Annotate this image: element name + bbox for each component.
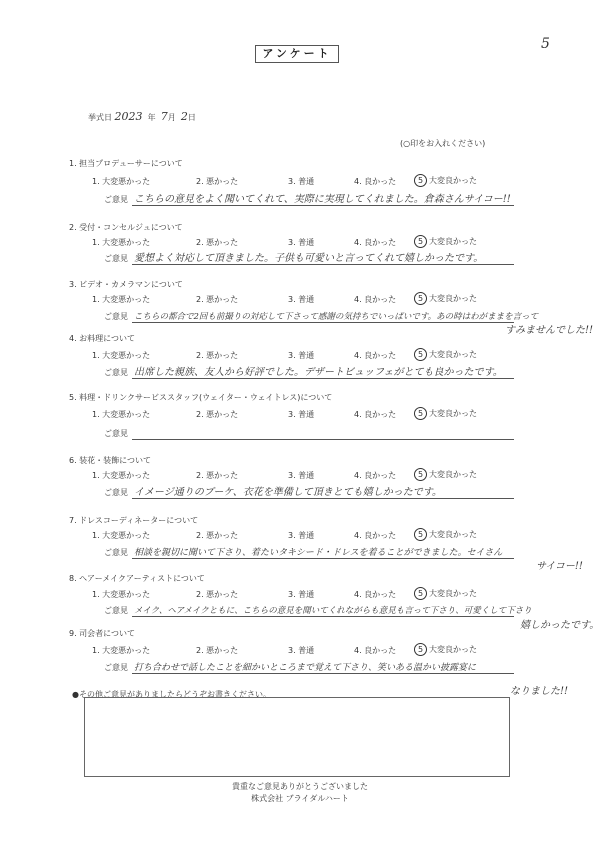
opinion-label: ご意見 <box>104 367 128 378</box>
option-5-selected[interactable]: 5大変良かった <box>414 348 477 361</box>
opinion-line <box>132 264 514 265</box>
option-3[interactable]: 3. 普通 <box>288 237 314 248</box>
date-year[interactable]: 2023 <box>115 110 143 123</box>
question-8-opinion[interactable]: ご意見 メイク、ヘアメイクともに、こちらの意見を聞いてくれながらも意見も言って下… <box>104 604 514 618</box>
option-4[interactable]: 4. 良かった <box>354 176 396 187</box>
question-6-rating: 1. 大変悪かった 2. 悪かった 3. 普通 4. 良かった 5大変良かった <box>92 470 512 482</box>
option-3[interactable]: 3. 普通 <box>288 645 314 656</box>
option-3[interactable]: 3. 普通 <box>288 409 314 420</box>
option-2[interactable]: 2. 悪かった <box>196 350 238 361</box>
option-1[interactable]: 1. 大変悪かった <box>92 350 150 361</box>
question-7-opinion[interactable]: ご意見 相談を親切に聞いて下さり、着たいタキシード・ドレスを着ることができました… <box>104 546 514 560</box>
opinion-line <box>132 322 514 323</box>
option-2[interactable]: 2. 悪かった <box>196 470 238 481</box>
opinion-label: ご意見 <box>104 194 128 205</box>
option-4[interactable]: 4. 良かった <box>354 237 396 248</box>
option-5-selected[interactable]: 5大変良かった <box>414 587 477 600</box>
option-5-selected[interactable]: 5大変良かった <box>414 174 477 187</box>
opinion-text: メイク、ヘアメイクともに、こちらの意見を聞いてくれながらも意見も言って下さり、可… <box>134 604 532 616</box>
opinion-label: ご意見 <box>104 605 128 616</box>
option-4[interactable]: 4. 良かった <box>354 589 396 600</box>
day-unit: 日 <box>188 113 196 122</box>
option-1[interactable]: 1. 大変悪かった <box>92 237 150 248</box>
opinion-text: 愛想よく対応して頂きました。子供も可愛いと言ってくれて嬉しかったです。 <box>134 249 483 264</box>
question-9-title: 9. 司会者について <box>69 628 135 639</box>
option-4[interactable]: 4. 良かった <box>354 409 396 420</box>
selected-circle: 5 <box>414 235 427 248</box>
date-day[interactable]: 2 <box>181 110 188 123</box>
question-2-rating: 1. 大変悪かった 2. 悪かった 3. 普通 4. 良かった 5大変良かった <box>92 237 512 249</box>
option-2[interactable]: 2. 悪かった <box>196 176 238 187</box>
question-3-opinion[interactable]: ご意見 こちらの都合で2回も前撮りの対応して下さって感謝の気持ちでいっぱいです。… <box>104 310 514 324</box>
option-5-selected[interactable]: 5大変良かった <box>414 235 477 248</box>
question-1-opinion[interactable]: ご意見 こちらの意見をよく聞いてくれて、実際に実現してくれました。倉森さんサイコ… <box>104 193 514 207</box>
question-8-opinion-overflow: 嬉しかったです。 <box>520 616 599 631</box>
opinion-text: こちらの意見をよく聞いてくれて、実際に実現してくれました。倉森さんサイコー!! <box>134 190 511 205</box>
question-7-rating: 1. 大変悪かった 2. 悪かった 3. 普通 4. 良かった 5大変良かった <box>92 530 512 542</box>
question-5-opinion[interactable]: ご意見 <box>104 427 514 441</box>
opinion-line <box>132 439 514 440</box>
footer-company: 株式会社 ブライダルハート <box>0 793 600 804</box>
opinion-line <box>132 205 514 206</box>
opinion-text: こちらの都合で2回も前撮りの対応して下さって感謝の気持ちでいっぱいです。あの時は… <box>134 310 538 322</box>
opinion-label: ご意見 <box>104 662 128 673</box>
opinion-label: ご意見 <box>104 428 128 439</box>
question-8-rating: 1. 大変悪かった 2. 悪かった 3. 普通 4. 良かった 5大変良かった <box>92 589 512 601</box>
question-7-opinion-overflow: サイコー!! <box>536 557 583 572</box>
option-1[interactable]: 1. 大変悪かった <box>92 589 150 600</box>
question-4-rating: 1. 大変悪かった 2. 悪かった 3. 普通 4. 良かった 5大変良かった <box>92 350 512 362</box>
opinion-line <box>132 498 514 499</box>
option-3[interactable]: 3. 普通 <box>288 589 314 600</box>
instruction-text: (○印をお入れください) <box>400 138 485 149</box>
ceremony-date: 挙式日 2023 年 7月 2日 <box>88 110 196 123</box>
option-1[interactable]: 1. 大変悪かった <box>92 176 150 187</box>
opinion-line <box>132 616 514 617</box>
option-2[interactable]: 2. 悪かった <box>196 530 238 541</box>
option-4[interactable]: 4. 良かった <box>354 645 396 656</box>
question-6-opinion[interactable]: ご意見 イメージ通りのブーケ、衣花を準備して頂きとても嬉しかったです。 <box>104 486 514 500</box>
selected-circle: 5 <box>414 528 427 541</box>
option-1[interactable]: 1. 大変悪かった <box>92 470 150 481</box>
question-1-title: 1. 担当プロデューサーについて <box>69 158 183 169</box>
option-5-selected[interactable]: 5大変良かった <box>414 643 477 656</box>
question-9-opinion-overflow: なりました!! <box>510 682 568 697</box>
question-5-title: 5. 料理・ドリンクサービススタッフ(ウェイター・ウェイトレス)について <box>69 392 332 403</box>
question-6-title: 6. 装花・装飾について <box>69 455 151 466</box>
selected-circle: 5 <box>414 407 427 420</box>
option-4[interactable]: 4. 良かった <box>354 350 396 361</box>
footer-thanks: 貴重なご意見ありがとうございました <box>0 781 600 792</box>
option-1[interactable]: 1. 大変悪かった <box>92 645 150 656</box>
question-2-opinion[interactable]: ご意見 愛想よく対応して頂きました。子供も可愛いと言ってくれて嬉しかったです。 <box>104 252 514 266</box>
option-2[interactable]: 2. 悪かった <box>196 294 238 305</box>
opinion-label: ご意見 <box>104 487 128 498</box>
survey-title: アンケート <box>255 45 339 63</box>
opinion-line <box>132 378 514 379</box>
opinion-text: イメージ通りのブーケ、衣花を準備して頂きとても嬉しかったです。 <box>134 483 442 498</box>
month-unit: 月 <box>168 113 176 122</box>
option-4[interactable]: 4. 良かった <box>354 294 396 305</box>
page-number: 5 <box>541 36 550 52</box>
option-3[interactable]: 3. 普通 <box>288 530 314 541</box>
option-2[interactable]: 2. 悪かった <box>196 237 238 248</box>
option-4[interactable]: 4. 良かった <box>354 470 396 481</box>
question-9-rating: 1. 大変悪かった 2. 悪かった 3. 普通 4. 良かった 5大変良かった <box>92 645 512 657</box>
selected-circle: 5 <box>414 348 427 361</box>
question-9-opinion[interactable]: ご意見 打ち合わせで話したことを細かいところまで覚えて下さり、笑いある温かい披露… <box>104 661 514 675</box>
opinion-line <box>132 673 514 674</box>
opinion-label: ご意見 <box>104 311 128 322</box>
option-1[interactable]: 1. 大変悪かった <box>92 530 150 541</box>
question-3-opinion-overflow: すみませんでした!! <box>505 321 593 336</box>
selected-circle: 5 <box>414 643 427 656</box>
opinion-label: ご意見 <box>104 547 128 558</box>
question-5-rating: 1. 大変悪かった 2. 悪かった 3. 普通 4. 良かった 5大変良かった <box>92 409 512 421</box>
option-5-selected[interactable]: 5大変良かった <box>414 407 477 420</box>
option-5-selected[interactable]: 5大変良かった <box>414 292 477 305</box>
other-comments-box[interactable] <box>84 697 510 777</box>
option-1[interactable]: 1. 大変悪かった <box>92 409 150 420</box>
opinion-text: 打ち合わせで話したことを細かいところまで覚えて下さり、笑いある温かい披露宴に <box>134 660 476 673</box>
question-4-title: 4. お料理について <box>69 333 135 344</box>
option-2[interactable]: 2. 悪かった <box>196 645 238 656</box>
option-3[interactable]: 3. 普通 <box>288 294 314 305</box>
option-5-selected[interactable]: 5大変良かった <box>414 468 477 481</box>
date-month[interactable]: 7 <box>161 110 168 123</box>
question-7-title: 7. ドレスコーディネーターについて <box>69 515 198 526</box>
question-4-opinion[interactable]: ご意見 出席した親族、友人から好評でした。デザートビュッフェがとても良かったです… <box>104 366 514 380</box>
date-label: 挙式日 <box>88 113 112 122</box>
opinion-text: 相談を親切に聞いて下さり、着たいタキシード・ドレスを着ることができました。セイさ… <box>134 545 502 558</box>
selected-circle: 5 <box>414 587 427 600</box>
year-unit: 年 <box>148 113 156 122</box>
opinion-label: ご意見 <box>104 253 128 264</box>
option-3[interactable]: 3. 普通 <box>288 470 314 481</box>
option-2[interactable]: 2. 悪かった <box>196 409 238 420</box>
option-5-selected[interactable]: 5大変良かった <box>414 528 477 541</box>
question-3-title: 3. ビデオ・カメラマンについて <box>69 279 183 290</box>
option-4[interactable]: 4. 良かった <box>354 530 396 541</box>
selected-circle: 5 <box>414 468 427 481</box>
question-3-rating: 1. 大変悪かった 2. 悪かった 3. 普通 4. 良かった 5大変良かった <box>92 294 512 306</box>
opinion-line <box>132 558 514 559</box>
selected-circle: 5 <box>414 174 427 187</box>
opinion-text: 出席した親族、友人から好評でした。デザートビュッフェがとても良かったです。 <box>134 363 503 378</box>
selected-circle: 5 <box>414 292 427 305</box>
option-3[interactable]: 3. 普通 <box>288 350 314 361</box>
option-1[interactable]: 1. 大変悪かった <box>92 294 150 305</box>
question-1-rating: 1. 大変悪かった 2. 悪かった 3. 普通 4. 良かった 5大変良かった <box>92 176 512 188</box>
question-8-title: 8. ヘアーメイクアーティストについて <box>69 573 205 584</box>
question-2-title: 2. 受付・コンセルジュについて <box>69 222 183 233</box>
option-3[interactable]: 3. 普通 <box>288 176 314 187</box>
option-2[interactable]: 2. 悪かった <box>196 589 238 600</box>
